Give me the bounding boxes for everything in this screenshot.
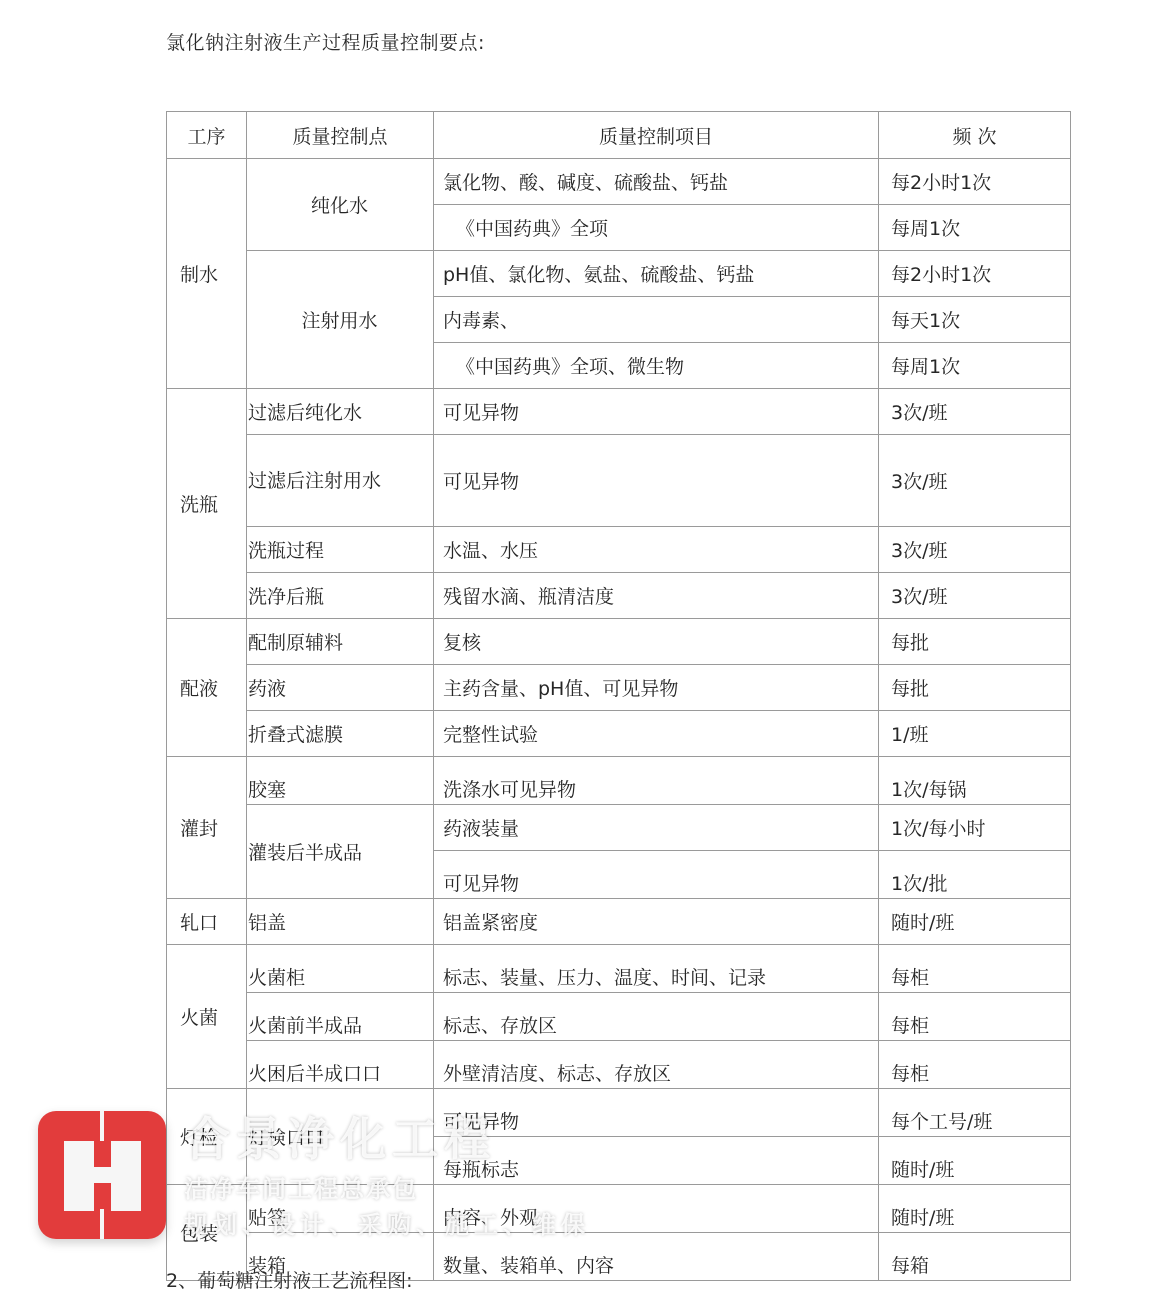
process-cell: 轧口: [167, 899, 247, 945]
control-point-cell: 灌装后半成品: [247, 805, 434, 899]
control-point-cell: 配制原辅料: [247, 619, 434, 665]
header-control-item: 质量控制项目: [434, 112, 879, 159]
control-item-cell: 主药含量、pH值、可见异物: [434, 665, 879, 711]
control-point-cell: 过滤后注射用水: [247, 435, 434, 527]
control-item-cell: 复核: [434, 619, 879, 665]
frequency-cell: 每周1次: [879, 205, 1071, 251]
frequency-cell: 随时/班: [879, 1137, 1071, 1185]
frequency-cell: 每2小时1次: [879, 251, 1071, 297]
control-point-cell: 过滤后纯化水: [247, 389, 434, 435]
frequency-cell: 3次/班: [879, 573, 1071, 619]
control-item-cell: 可见异物: [434, 435, 879, 527]
control-point-cell: 折叠式滤膜: [247, 711, 434, 757]
frequency-cell: 每柜: [879, 1041, 1071, 1089]
control-item-cell: 氯化物、酸、碱度、硫酸盐、钙盐: [434, 159, 879, 205]
control-item-cell: 《中国药典》全项、微生物: [434, 343, 879, 389]
frequency-cell: 随时/班: [879, 899, 1071, 945]
control-point-cell: 药液: [247, 665, 434, 711]
control-item-cell: 残留水滴、瓶清洁度: [434, 573, 879, 619]
control-point-cell: 火菌柜: [247, 945, 434, 993]
process-cell: 洗瓶: [167, 389, 247, 619]
table-row: 包装 贴签 内容、外观 随时/班: [167, 1185, 1071, 1233]
table-row: 灌封 胶塞 洗涤水可见异物 1次/每锅: [167, 757, 1071, 805]
control-item-cell: 铝盖紧密度: [434, 899, 879, 945]
frequency-cell: 每批: [879, 619, 1071, 665]
frequency-cell: 每柜: [879, 993, 1071, 1041]
frequency-cell: 3次/班: [879, 389, 1071, 435]
frequency-cell: 每天1次: [879, 297, 1071, 343]
process-cell: 配液: [167, 619, 247, 757]
control-item-cell: 水温、水压: [434, 527, 879, 573]
table-row: 注射用水 pH值、氯化物、氨盐、硫酸盐、钙盐 每2小时1次: [167, 251, 1071, 297]
table-row: 灌装后半成品 药液装量 1次/每小时: [167, 805, 1071, 851]
frequency-cell: 每批: [879, 665, 1071, 711]
frequency-cell: 1次/批: [879, 851, 1071, 899]
control-point-cell: 注射用水: [247, 251, 434, 389]
table-row: 灯检 灯検口口 可见异物 每个工号/班: [167, 1089, 1071, 1137]
control-item-cell: 每瓶标志: [434, 1137, 879, 1185]
frequency-cell: 随时/班: [879, 1185, 1071, 1233]
control-item-cell: 可见异物: [434, 389, 879, 435]
frequency-cell: 每箱: [879, 1233, 1071, 1281]
table-row: 过滤后注射用水 可见异物 3次/班: [167, 435, 1071, 527]
table-row: 洗瓶过程 水温、水压 3次/班: [167, 527, 1071, 573]
table-row: 配液 配制原辅料 复核 每批: [167, 619, 1071, 665]
frequency-cell: 1次/每锅: [879, 757, 1071, 805]
table-row: 洗净后瓶 残留水滴、瓶清洁度 3次/班: [167, 573, 1071, 619]
frequency-cell: 1次/每小时: [879, 805, 1071, 851]
control-item-cell: 可见异物: [434, 1089, 879, 1137]
control-point-cell: 洗净后瓶: [247, 573, 434, 619]
table-row: 制水 纯化水 氯化物、酸、碱度、硫酸盐、钙盐 每2小时1次: [167, 159, 1071, 205]
frequency-cell: 3次/班: [879, 527, 1071, 573]
control-item-cell: 标志、装量、压力、温度、时间、记录: [434, 945, 879, 993]
table-row: 火菌 火菌柜 标志、装量、压力、温度、时间、记录 每柜: [167, 945, 1071, 993]
table-row: 火困后半成口口 外壁清洁度、标志、存放区 每柜: [167, 1041, 1071, 1089]
control-item-cell: 内毒素、: [434, 297, 879, 343]
frequency-cell: 每个工号/班: [879, 1089, 1071, 1137]
frequency-cell: 每周1次: [879, 343, 1071, 389]
control-item-cell: 完整性试验: [434, 711, 879, 757]
section-heading: 2、葡萄糖注射液工艺流程图:: [166, 1266, 413, 1293]
control-item-cell: pH值、氯化物、氨盐、硫酸盐、钙盐: [434, 251, 879, 297]
table-row: 轧口 铝盖 铝盖紧密度 随时/班: [167, 899, 1071, 945]
table-row: 洗瓶 过滤后纯化水 可见异物 3次/班: [167, 389, 1071, 435]
control-item-cell: 标志、存放区: [434, 993, 879, 1041]
control-item-cell: 数量、装箱单、内容: [434, 1233, 879, 1281]
process-cell: 灌封: [167, 757, 247, 899]
header-process: 工序: [167, 112, 247, 159]
control-item-cell: 药液装量: [434, 805, 879, 851]
control-point-cell: 胶塞: [247, 757, 434, 805]
control-item-cell: 洗涤水可见异物: [434, 757, 879, 805]
company-logo-icon: [38, 1111, 166, 1239]
control-point-cell: 贴签: [247, 1185, 434, 1233]
table-header-row: 工序 质量控制点 质量控制项目 频 次: [167, 112, 1071, 159]
table-row: 药液 主药含量、pH值、可见异物 每批: [167, 665, 1071, 711]
header-control-point: 质量控制点: [247, 112, 434, 159]
control-point-cell: 洗瓶过程: [247, 527, 434, 573]
document-heading: 氯化钠注射液生产过程质量控制要点:: [166, 28, 485, 55]
control-item-cell: 可见异物: [434, 851, 879, 899]
control-item-cell: 内容、外观: [434, 1185, 879, 1233]
table-row: 折叠式滤膜 完整性试验 1/班: [167, 711, 1071, 757]
process-cell: 火菌: [167, 945, 247, 1089]
frequency-cell: 每2小时1次: [879, 159, 1071, 205]
table-row: 火菌前半成品 标志、存放区 每柜: [167, 993, 1071, 1041]
control-item-cell: 外壁清洁度、标志、存放区: [434, 1041, 879, 1089]
control-point-cell: 火困后半成口口: [247, 1041, 434, 1089]
control-point-cell: 火菌前半成品: [247, 993, 434, 1041]
process-cell: 灯检: [167, 1089, 247, 1185]
control-point-cell: 灯検口口: [247, 1089, 434, 1185]
frequency-cell: 3次/班: [879, 435, 1071, 527]
process-cell: 制水: [167, 159, 247, 389]
frequency-cell: 1/班: [879, 711, 1071, 757]
control-point-cell: 纯化水: [247, 159, 434, 251]
control-item-cell: 《中国药典》全项: [434, 205, 879, 251]
quality-control-table: 工序 质量控制点 质量控制项目 频 次 制水 纯化水 氯化物、酸、碱度、硫酸盐、…: [166, 111, 1071, 1281]
control-point-cell: 铝盖: [247, 899, 434, 945]
header-frequency: 频 次: [879, 112, 1071, 159]
frequency-cell: 每柜: [879, 945, 1071, 993]
